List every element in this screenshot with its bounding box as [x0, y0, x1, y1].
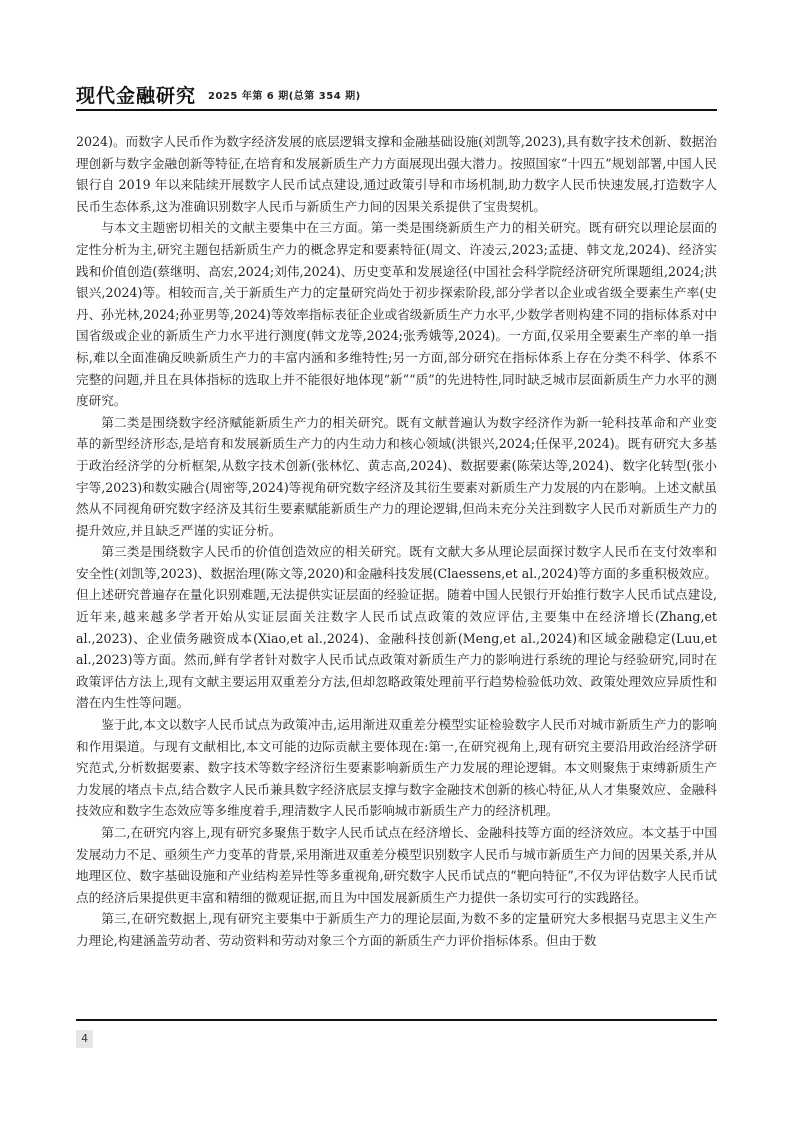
footer-rule [76, 1019, 717, 1021]
paragraph: 第二类是围绕数字经济赋能新质生产力的相关研究。既有文献普遍认为数字经济作为新一轮… [76, 412, 717, 542]
paragraph: 鉴于此,本文以数字人民币试点为政策冲击,运用渐进双重差分模型实证检验数字人民币对… [76, 714, 717, 822]
journal-title: 现代金融研究 [76, 84, 196, 108]
issue-info: 2025 年第 6 期(总第 354 期) [208, 90, 361, 104]
paper-page: 现代金融研究 2025 年第 6 期(总第 354 期) 2024)。而数字人民… [0, 0, 793, 1122]
paragraph: 第二,在研究内容上,现有研究多聚焦于数字人民币试点在经济增长、金融科技等方面的经… [76, 822, 717, 908]
paragraph: 第三,在研究数据上,现有研究主要集中于新质生产力的理论层面,为数不多的定量研究大… [76, 908, 717, 951]
running-header: 现代金融研究 2025 年第 6 期(总第 354 期) [76, 84, 717, 109]
paragraph: 第三类是围绕数字人民币的价值创造效应的相关研究。既有文献大多从理论层面探讨数字人… [76, 541, 717, 714]
paragraph: 与本文主题密切相关的文献主要集中在三方面。第一类是围绕新质生产力的相关研究。既有… [76, 217, 717, 411]
header-rule [76, 109, 717, 111]
body-text: 2024)。而数字人民币作为数字经济发展的底层逻辑支撑和金融基础设施(刘凯等,2… [76, 131, 717, 952]
page-number: 4 [76, 1030, 93, 1048]
paragraph: 2024)。而数字人民币作为数字经济发展的底层逻辑支撑和金融基础设施(刘凯等,2… [76, 131, 717, 217]
